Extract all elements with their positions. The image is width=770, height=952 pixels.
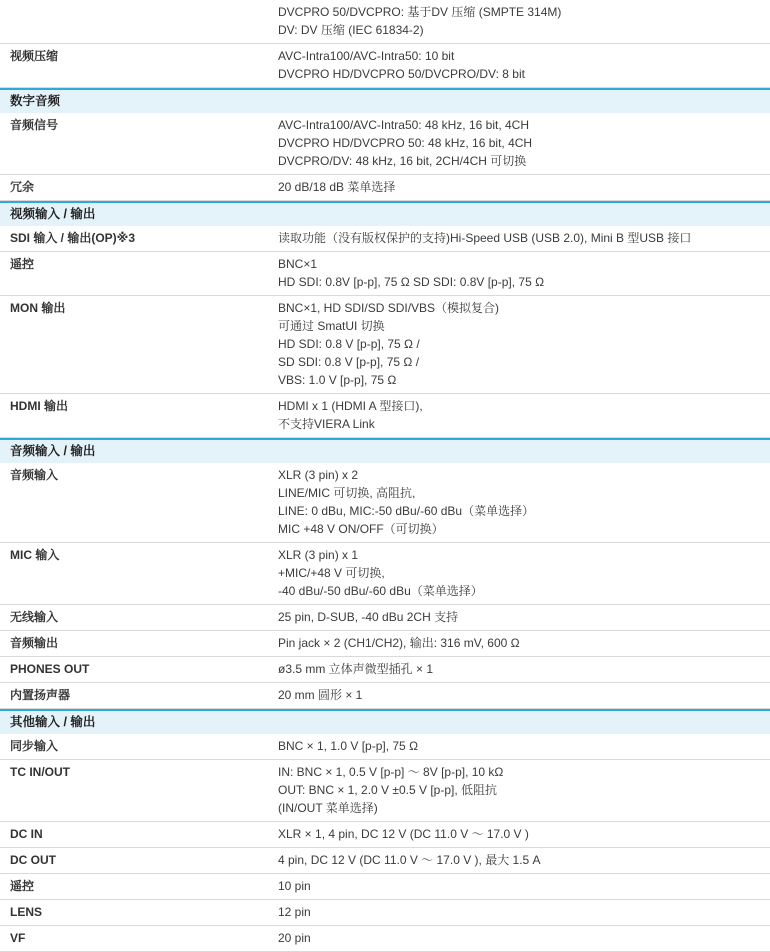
row-value-line: HD SDI: 0.8V [p-p], 75 Ω SD SDI: 0.8V [p… <box>278 273 764 291</box>
row-value-line: 12 pin <box>278 903 764 921</box>
row-values: XLR (3 pin) x 2LINE/MIC 可切换, 高阻抗,LINE: 0… <box>278 466 770 538</box>
row-label: 同步输入 <box>0 737 278 755</box>
spec-section: 音频输入 / 输出 音频输入 XLR (3 pin) x 2LINE/MIC 可… <box>0 438 770 709</box>
section-header: 音频输入 / 输出 <box>0 438 770 463</box>
table-row: SDI 输入 / 输出(OP)※3 读取功能（没有版权保护的支持)Hi-Spee… <box>0 226 770 252</box>
row-values: XLR × 1, 4 pin, DC 12 V (DC 11.0 V ～ 17.… <box>278 825 770 843</box>
row-label: 视频压缩 <box>0 47 278 83</box>
row-label: LENS <box>0 903 278 921</box>
row-value-line: BNC×1, HD SDI/SD SDI/VBS（模拟复合) <box>278 299 764 317</box>
row-value-line: DV: DV 压缩 (IEC 61834-2) <box>278 21 764 39</box>
section-header: 其他输入 / 输出 <box>0 709 770 734</box>
row-values: 10 pin <box>278 877 770 895</box>
row-value-line: MIC +48 V ON/OFF（可切换） <box>278 520 764 538</box>
row-value-line: VBS: 1.0 V [p-p], 75 Ω <box>278 371 764 389</box>
row-values: DVCPRO 50/DVCPRO: 基于DV 压缩 (SMPTE 314M)DV… <box>278 3 770 39</box>
row-values: 20 pin <box>278 929 770 947</box>
row-label: MIC 输入 <box>0 546 278 600</box>
row-label: 无线输入 <box>0 608 278 626</box>
table-row: MON 输出 BNC×1, HD SDI/SD SDI/VBS（模拟复合)可通过… <box>0 296 770 394</box>
row-value-line: 25 pin, D-SUB, -40 dBu 2CH 支持 <box>278 608 764 626</box>
table-row: 音频输出 Pin jack × 2 (CH1/CH2), 输出: 316 mV,… <box>0 631 770 657</box>
table-row: 视频压缩 AVC-Intra100/AVC-Intra50: 10 bitDVC… <box>0 44 770 88</box>
row-value-line: 4 pin, DC 12 V (DC 11.0 V ～ 17.0 V ), 最大… <box>278 851 764 869</box>
row-value-line: 10 pin <box>278 877 764 895</box>
row-value-line: 20 pin <box>278 929 764 947</box>
row-value-line: +MIC/+48 V 可切换, <box>278 564 764 582</box>
table-row: 冗余 20 dB/18 dB 菜单选择 <box>0 175 770 201</box>
spec-section: 数字音频 音频信号 AVC-Intra100/AVC-Intra50: 48 k… <box>0 88 770 201</box>
row-values: XLR (3 pin) x 1+MIC/+48 V 可切换,-40 dBu/-5… <box>278 546 770 600</box>
row-label: 冗余 <box>0 178 278 196</box>
row-value-line: DVCPRO HD/DVCPRO 50: 48 kHz, 16 bit, 4CH <box>278 134 764 152</box>
table-row: 同步输入 BNC × 1, 1.0 V [p-p], 75 Ω <box>0 734 770 760</box>
row-values: Pin jack × 2 (CH1/CH2), 输出: 316 mV, 600 … <box>278 634 770 652</box>
row-values: BNC × 1, 1.0 V [p-p], 75 Ω <box>278 737 770 755</box>
spec-section: DVCPRO 50/DVCPRO: 基于DV 压缩 (SMPTE 314M)DV… <box>0 0 770 88</box>
row-values: 25 pin, D-SUB, -40 dBu 2CH 支持 <box>278 608 770 626</box>
row-value-line: Pin jack × 2 (CH1/CH2), 输出: 316 mV, 600 … <box>278 634 764 652</box>
table-row: 遥控 BNC×1HD SDI: 0.8V [p-p], 75 Ω SD SDI:… <box>0 252 770 296</box>
row-label: 内置扬声器 <box>0 686 278 704</box>
row-label: SDI 输入 / 输出(OP)※3 <box>0 229 278 247</box>
row-values: BNC×1HD SDI: 0.8V [p-p], 75 Ω SD SDI: 0.… <box>278 255 770 291</box>
row-label: 遥控 <box>0 877 278 895</box>
row-value-line: BNC × 1, 1.0 V [p-p], 75 Ω <box>278 737 764 755</box>
table-row: 音频信号 AVC-Intra100/AVC-Intra50: 48 kHz, 1… <box>0 113 770 175</box>
row-value-line: BNC×1 <box>278 255 764 273</box>
row-value-line: DVCPRO 50/DVCPRO: 基于DV 压缩 (SMPTE 314M) <box>278 3 764 21</box>
spec-table: DVCPRO 50/DVCPRO: 基于DV 压缩 (SMPTE 314M)DV… <box>0 0 770 952</box>
row-values: IN: BNC × 1, 0.5 V [p-p] ～ 8V [p-p], 10 … <box>278 763 770 817</box>
spec-section: 视频输入 / 输出 SDI 输入 / 输出(OP)※3 读取功能（没有版权保护的… <box>0 201 770 438</box>
row-label: DC OUT <box>0 851 278 869</box>
row-value-line: HD SDI: 0.8 V [p-p], 75 Ω / <box>278 335 764 353</box>
table-row: 音频输入 XLR (3 pin) x 2LINE/MIC 可切换, 高阻抗,LI… <box>0 463 770 543</box>
row-label: TC IN/OUT <box>0 763 278 817</box>
table-row: TC IN/OUT IN: BNC × 1, 0.5 V [p-p] ～ 8V … <box>0 760 770 822</box>
row-value-line: 20 mm 圆形 × 1 <box>278 686 764 704</box>
row-label: PHONES OUT <box>0 660 278 678</box>
table-row: 无线输入 25 pin, D-SUB, -40 dBu 2CH 支持 <box>0 605 770 631</box>
row-values: ø3.5 mm 立体声微型插孔 × 1 <box>278 660 770 678</box>
row-value-line: 读取功能（没有版权保护的支持)Hi-Speed USB (USB 2.0), M… <box>278 229 764 247</box>
table-row: MIC 输入 XLR (3 pin) x 1+MIC/+48 V 可切换,-40… <box>0 543 770 605</box>
row-value-line: DVCPRO HD/DVCPRO 50/DVCPRO/DV: 8 bit <box>278 65 764 83</box>
section-header: 数字音频 <box>0 88 770 113</box>
row-value-line: LINE: 0 dBu, MIC:-50 dBu/-60 dBu（菜单选择） <box>278 502 764 520</box>
row-value-line: AVC-Intra100/AVC-Intra50: 10 bit <box>278 47 764 65</box>
spec-section: 其他输入 / 输出 同步输入 BNC × 1, 1.0 V [p-p], 75 … <box>0 709 770 952</box>
row-values: 4 pin, DC 12 V (DC 11.0 V ～ 17.0 V ), 最大… <box>278 851 770 869</box>
row-value-line: -40 dBu/-50 dBu/-60 dBu（菜单选择） <box>278 582 764 600</box>
row-values: BNC×1, HD SDI/SD SDI/VBS（模拟复合)可通过 SmatUI… <box>278 299 770 389</box>
row-value-line: 20 dB/18 dB 菜单选择 <box>278 178 764 196</box>
row-values: 20 mm 圆形 × 1 <box>278 686 770 704</box>
section-header: 视频输入 / 输出 <box>0 201 770 226</box>
row-value-line: 可通过 SmatUI 切换 <box>278 317 764 335</box>
row-value-line: HDMI x 1 (HDMI A 型接口), <box>278 397 764 415</box>
row-label <box>0 3 278 39</box>
row-values: HDMI x 1 (HDMI A 型接口),不支持VIERA Link <box>278 397 770 433</box>
row-value-line: LINE/MIC 可切换, 高阻抗, <box>278 484 764 502</box>
row-value-line: 不支持VIERA Link <box>278 415 764 433</box>
row-value-line: XLR (3 pin) x 2 <box>278 466 764 484</box>
row-label: DC IN <box>0 825 278 843</box>
table-row: 遥控 10 pin <box>0 874 770 900</box>
table-row: DC OUT 4 pin, DC 12 V (DC 11.0 V ～ 17.0 … <box>0 848 770 874</box>
row-label: 音频输入 <box>0 466 278 538</box>
row-value-line: (IN/OUT 菜单选择) <box>278 799 764 817</box>
row-label: HDMI 输出 <box>0 397 278 433</box>
row-label: MON 输出 <box>0 299 278 389</box>
table-row: LENS 12 pin <box>0 900 770 926</box>
row-value-line: AVC-Intra100/AVC-Intra50: 48 kHz, 16 bit… <box>278 116 764 134</box>
table-row: DVCPRO 50/DVCPRO: 基于DV 压缩 (SMPTE 314M)DV… <box>0 0 770 44</box>
row-label: 遥控 <box>0 255 278 291</box>
row-value-line: ø3.5 mm 立体声微型插孔 × 1 <box>278 660 764 678</box>
table-row: VF 20 pin <box>0 926 770 952</box>
row-values: 读取功能（没有版权保护的支持)Hi-Speed USB (USB 2.0), M… <box>278 229 770 247</box>
row-value-line: XLR × 1, 4 pin, DC 12 V (DC 11.0 V ～ 17.… <box>278 825 764 843</box>
table-row: 内置扬声器 20 mm 圆形 × 1 <box>0 683 770 709</box>
row-values: AVC-Intra100/AVC-Intra50: 48 kHz, 16 bit… <box>278 116 770 170</box>
row-label: VF <box>0 929 278 947</box>
row-values: 12 pin <box>278 903 770 921</box>
table-row: DC IN XLR × 1, 4 pin, DC 12 V (DC 11.0 V… <box>0 822 770 848</box>
row-label: 音频信号 <box>0 116 278 170</box>
row-value-line: SD SDI: 0.8 V [p-p], 75 Ω / <box>278 353 764 371</box>
table-row: HDMI 输出 HDMI x 1 (HDMI A 型接口),不支持VIERA L… <box>0 394 770 438</box>
table-row: PHONES OUT ø3.5 mm 立体声微型插孔 × 1 <box>0 657 770 683</box>
row-value-line: DVCPRO/DV: 48 kHz, 16 bit, 2CH/4CH 可切换 <box>278 152 764 170</box>
row-value-line: IN: BNC × 1, 0.5 V [p-p] ～ 8V [p-p], 10 … <box>278 763 764 781</box>
row-label: 音频输出 <box>0 634 278 652</box>
row-value-line: OUT: BNC × 1, 2.0 V ±0.5 V [p-p], 低阻抗 <box>278 781 764 799</box>
row-value-line: XLR (3 pin) x 1 <box>278 546 764 564</box>
row-values: AVC-Intra100/AVC-Intra50: 10 bitDVCPRO H… <box>278 47 770 83</box>
row-values: 20 dB/18 dB 菜单选择 <box>278 178 770 196</box>
